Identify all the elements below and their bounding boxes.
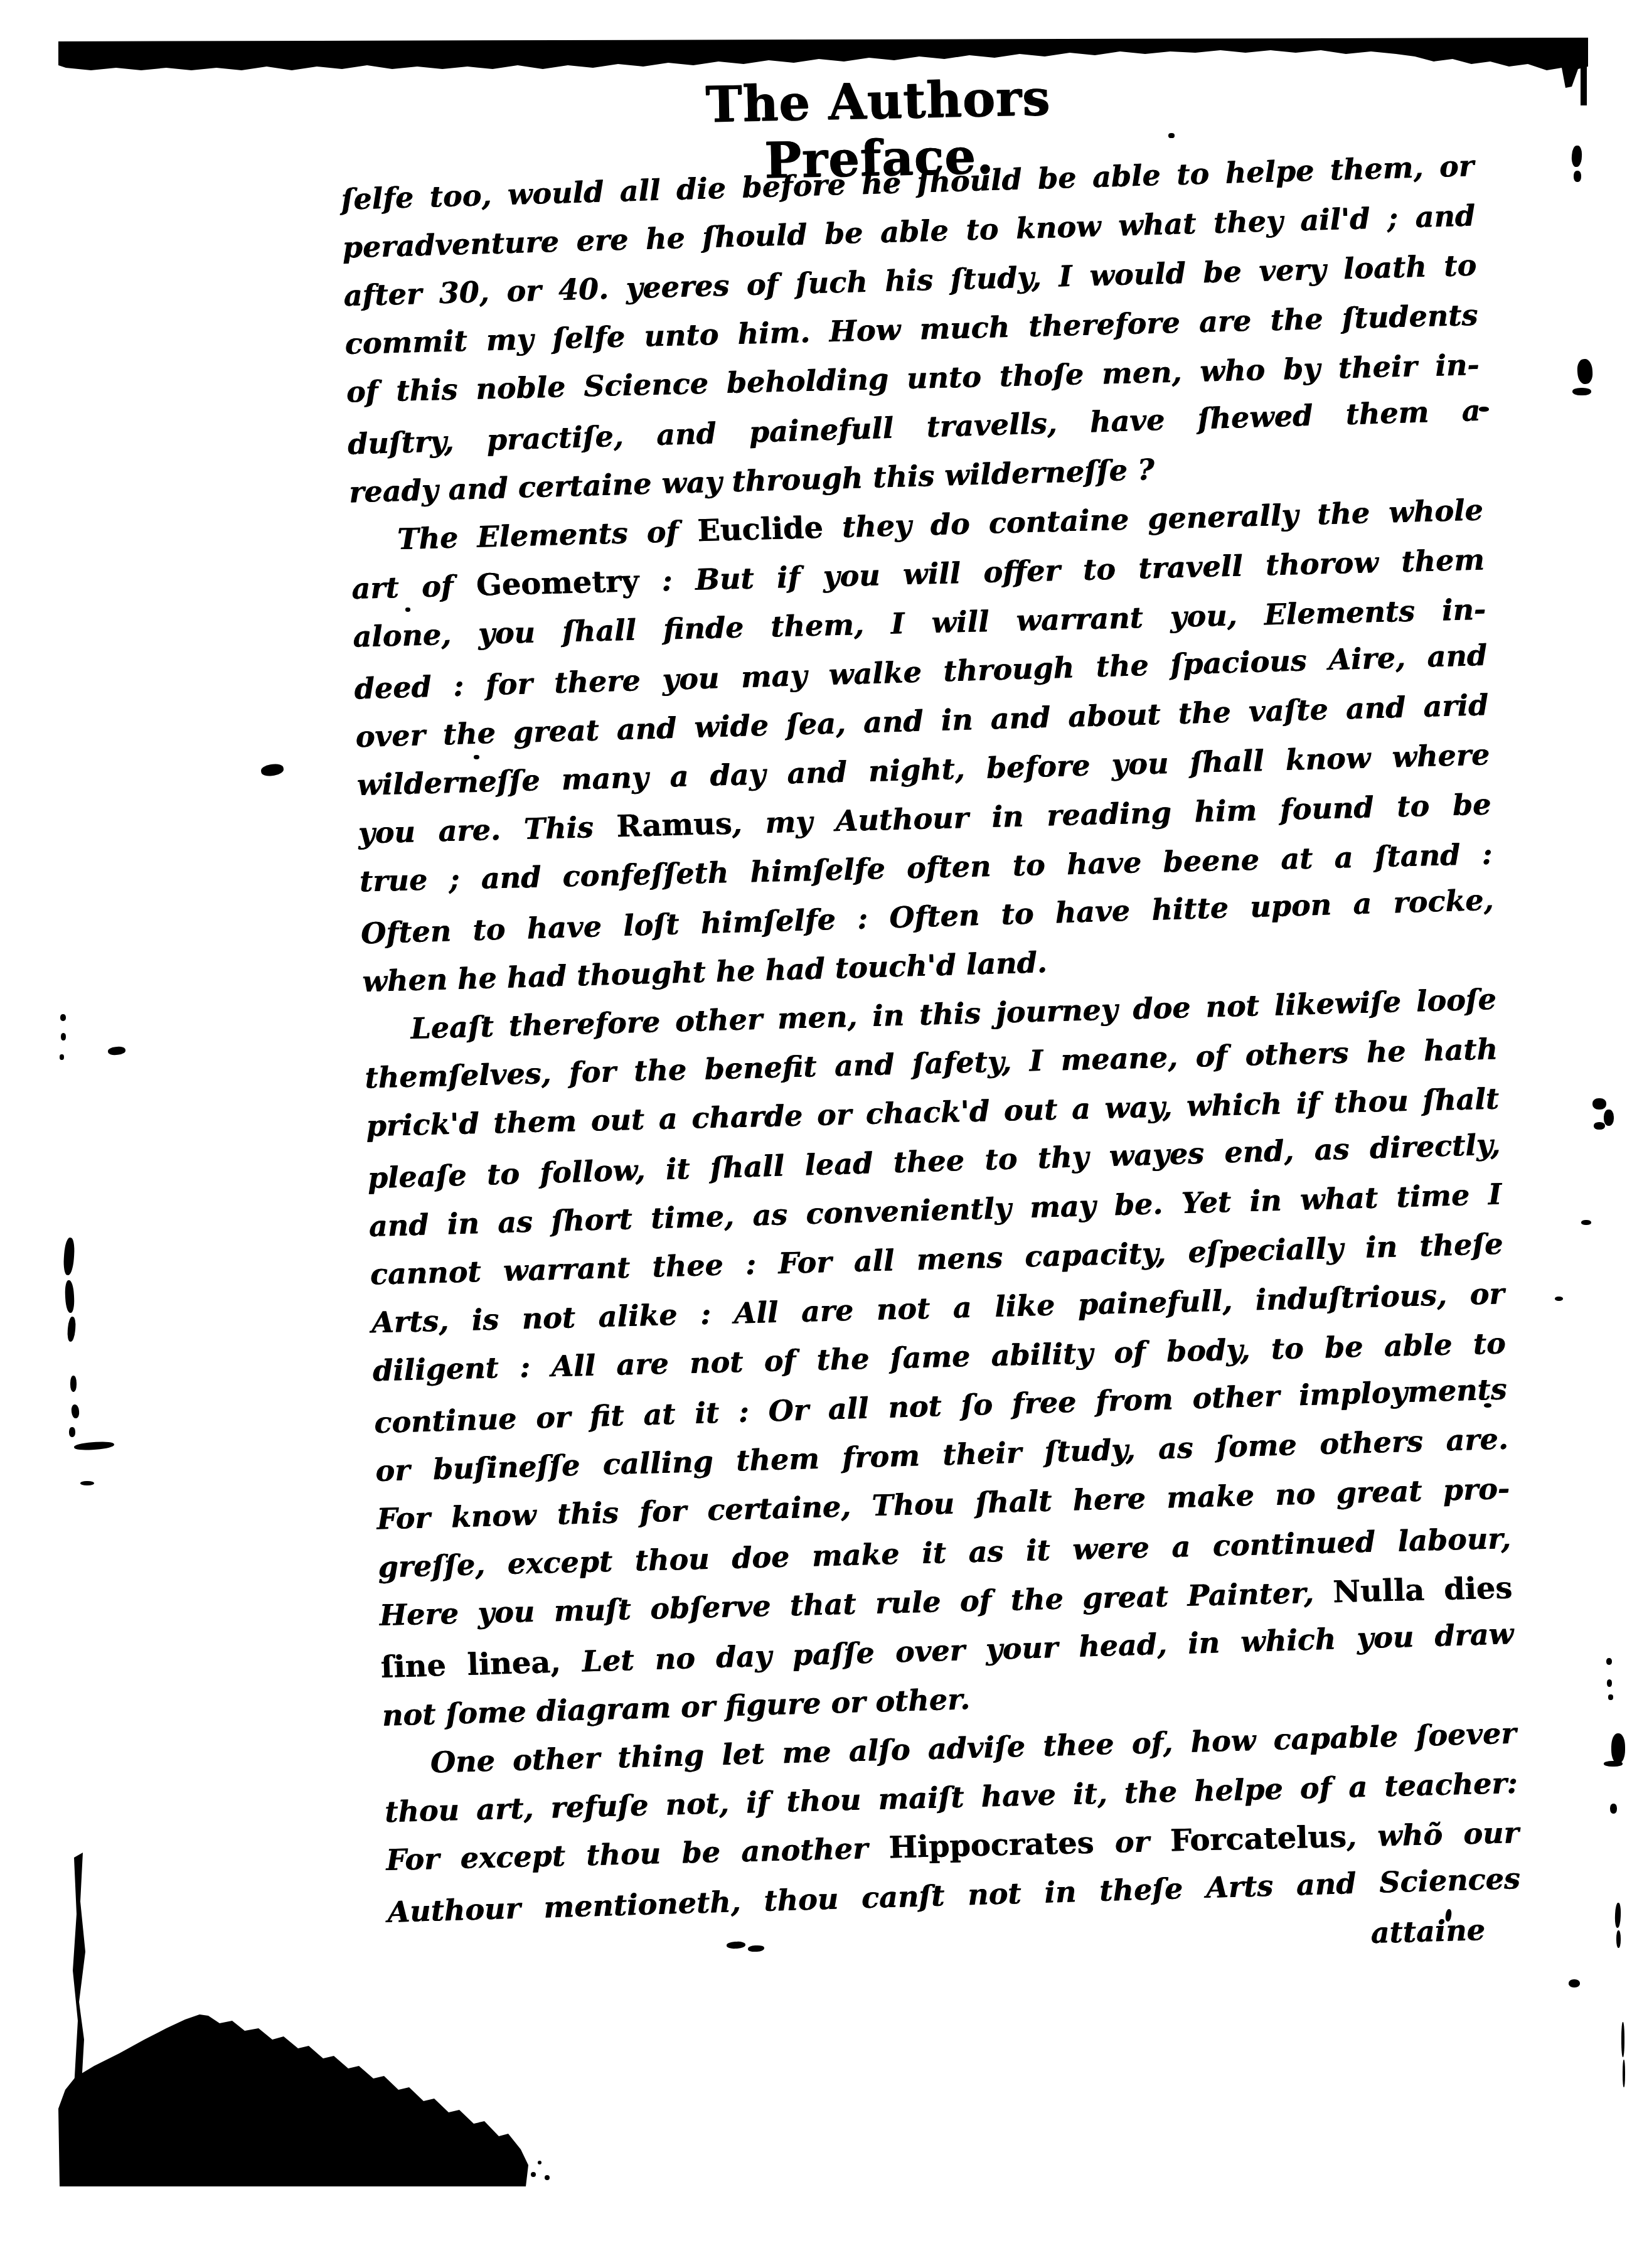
ink-speck	[1608, 1694, 1613, 1700]
ink-speck	[60, 1054, 64, 1060]
paragraph: The Elements of Euclide they do containe…	[349, 485, 1495, 1005]
ink-speck	[1577, 358, 1594, 385]
ink-speck	[107, 1046, 125, 1056]
ink-speck	[63, 1238, 75, 1276]
ink-speck	[260, 763, 284, 778]
ink-speck	[1581, 1220, 1591, 1225]
text-segment: not ſome diagram or figure or other.	[381, 1682, 970, 1733]
ink-speck	[474, 755, 479, 759]
ink-speck	[1616, 1930, 1621, 1948]
text-segment: Geometry	[476, 564, 639, 603]
text-segment: ſine linea,	[380, 1644, 582, 1686]
ink-speck	[1607, 1679, 1612, 1687]
ink-speck	[67, 1317, 76, 1342]
ink-speck	[65, 1280, 75, 1313]
ink-speck	[71, 1404, 80, 1418]
ink-speck	[1574, 171, 1581, 182]
ink-speck	[1569, 1979, 1580, 1987]
ink-speck	[405, 607, 410, 612]
ink-speck	[1614, 1903, 1621, 1928]
ink-speck	[1479, 407, 1489, 412]
ink-speck	[1594, 1122, 1605, 1130]
ink-speck	[1610, 1804, 1617, 1814]
text-segment: or	[1094, 1824, 1171, 1860]
text-segment: Ramus	[616, 806, 733, 845]
text-segment: Euclide	[696, 510, 823, 548]
ink-speck	[1555, 1297, 1563, 1301]
ink-speck	[1621, 2022, 1624, 2057]
text-segment: Forcatelus	[1170, 1819, 1347, 1859]
ink-speck	[1484, 1403, 1491, 1408]
ink-speck	[1623, 2060, 1625, 2087]
ink-speck	[1168, 133, 1175, 138]
ink-speck	[60, 1014, 66, 1021]
text-segment: The Elements of	[397, 514, 698, 556]
scanned-page: The Authors Preface. ſelfe too, would al…	[0, 0, 1632, 2268]
ink-blot	[38, 1814, 565, 2203]
text-segment: art of	[351, 569, 477, 606]
text-segment: Nulla dies	[1332, 1570, 1512, 1610]
ink-speck	[1604, 1761, 1623, 1767]
ink-speck	[61, 1033, 66, 1040]
ink-speck	[74, 1441, 115, 1451]
text-segment: , whõ our	[1346, 1816, 1519, 1854]
ink-speck	[1592, 1098, 1606, 1110]
ink-speck	[1572, 388, 1591, 395]
ink-speck	[1604, 1110, 1614, 1126]
paragraph: ſelfe too, would all die before he ſhoul…	[340, 143, 1482, 516]
ink-speck	[70, 1376, 77, 1392]
text-segment: you are. This	[358, 810, 617, 850]
paragraph: Leaſt therefore other men, in this journ…	[363, 975, 1515, 1739]
ink-speck	[69, 1427, 75, 1437]
ink-speck	[1606, 1658, 1612, 1665]
ink-speck	[80, 1481, 94, 1485]
text-segment: Hippocrates	[888, 1826, 1094, 1866]
ink-speck	[1611, 1733, 1625, 1763]
ink-speck	[1571, 146, 1582, 168]
text-block: ſelfe too, would all die before he ſhoul…	[340, 143, 1522, 1984]
text-segment: they do containe generally the whole	[823, 493, 1483, 544]
